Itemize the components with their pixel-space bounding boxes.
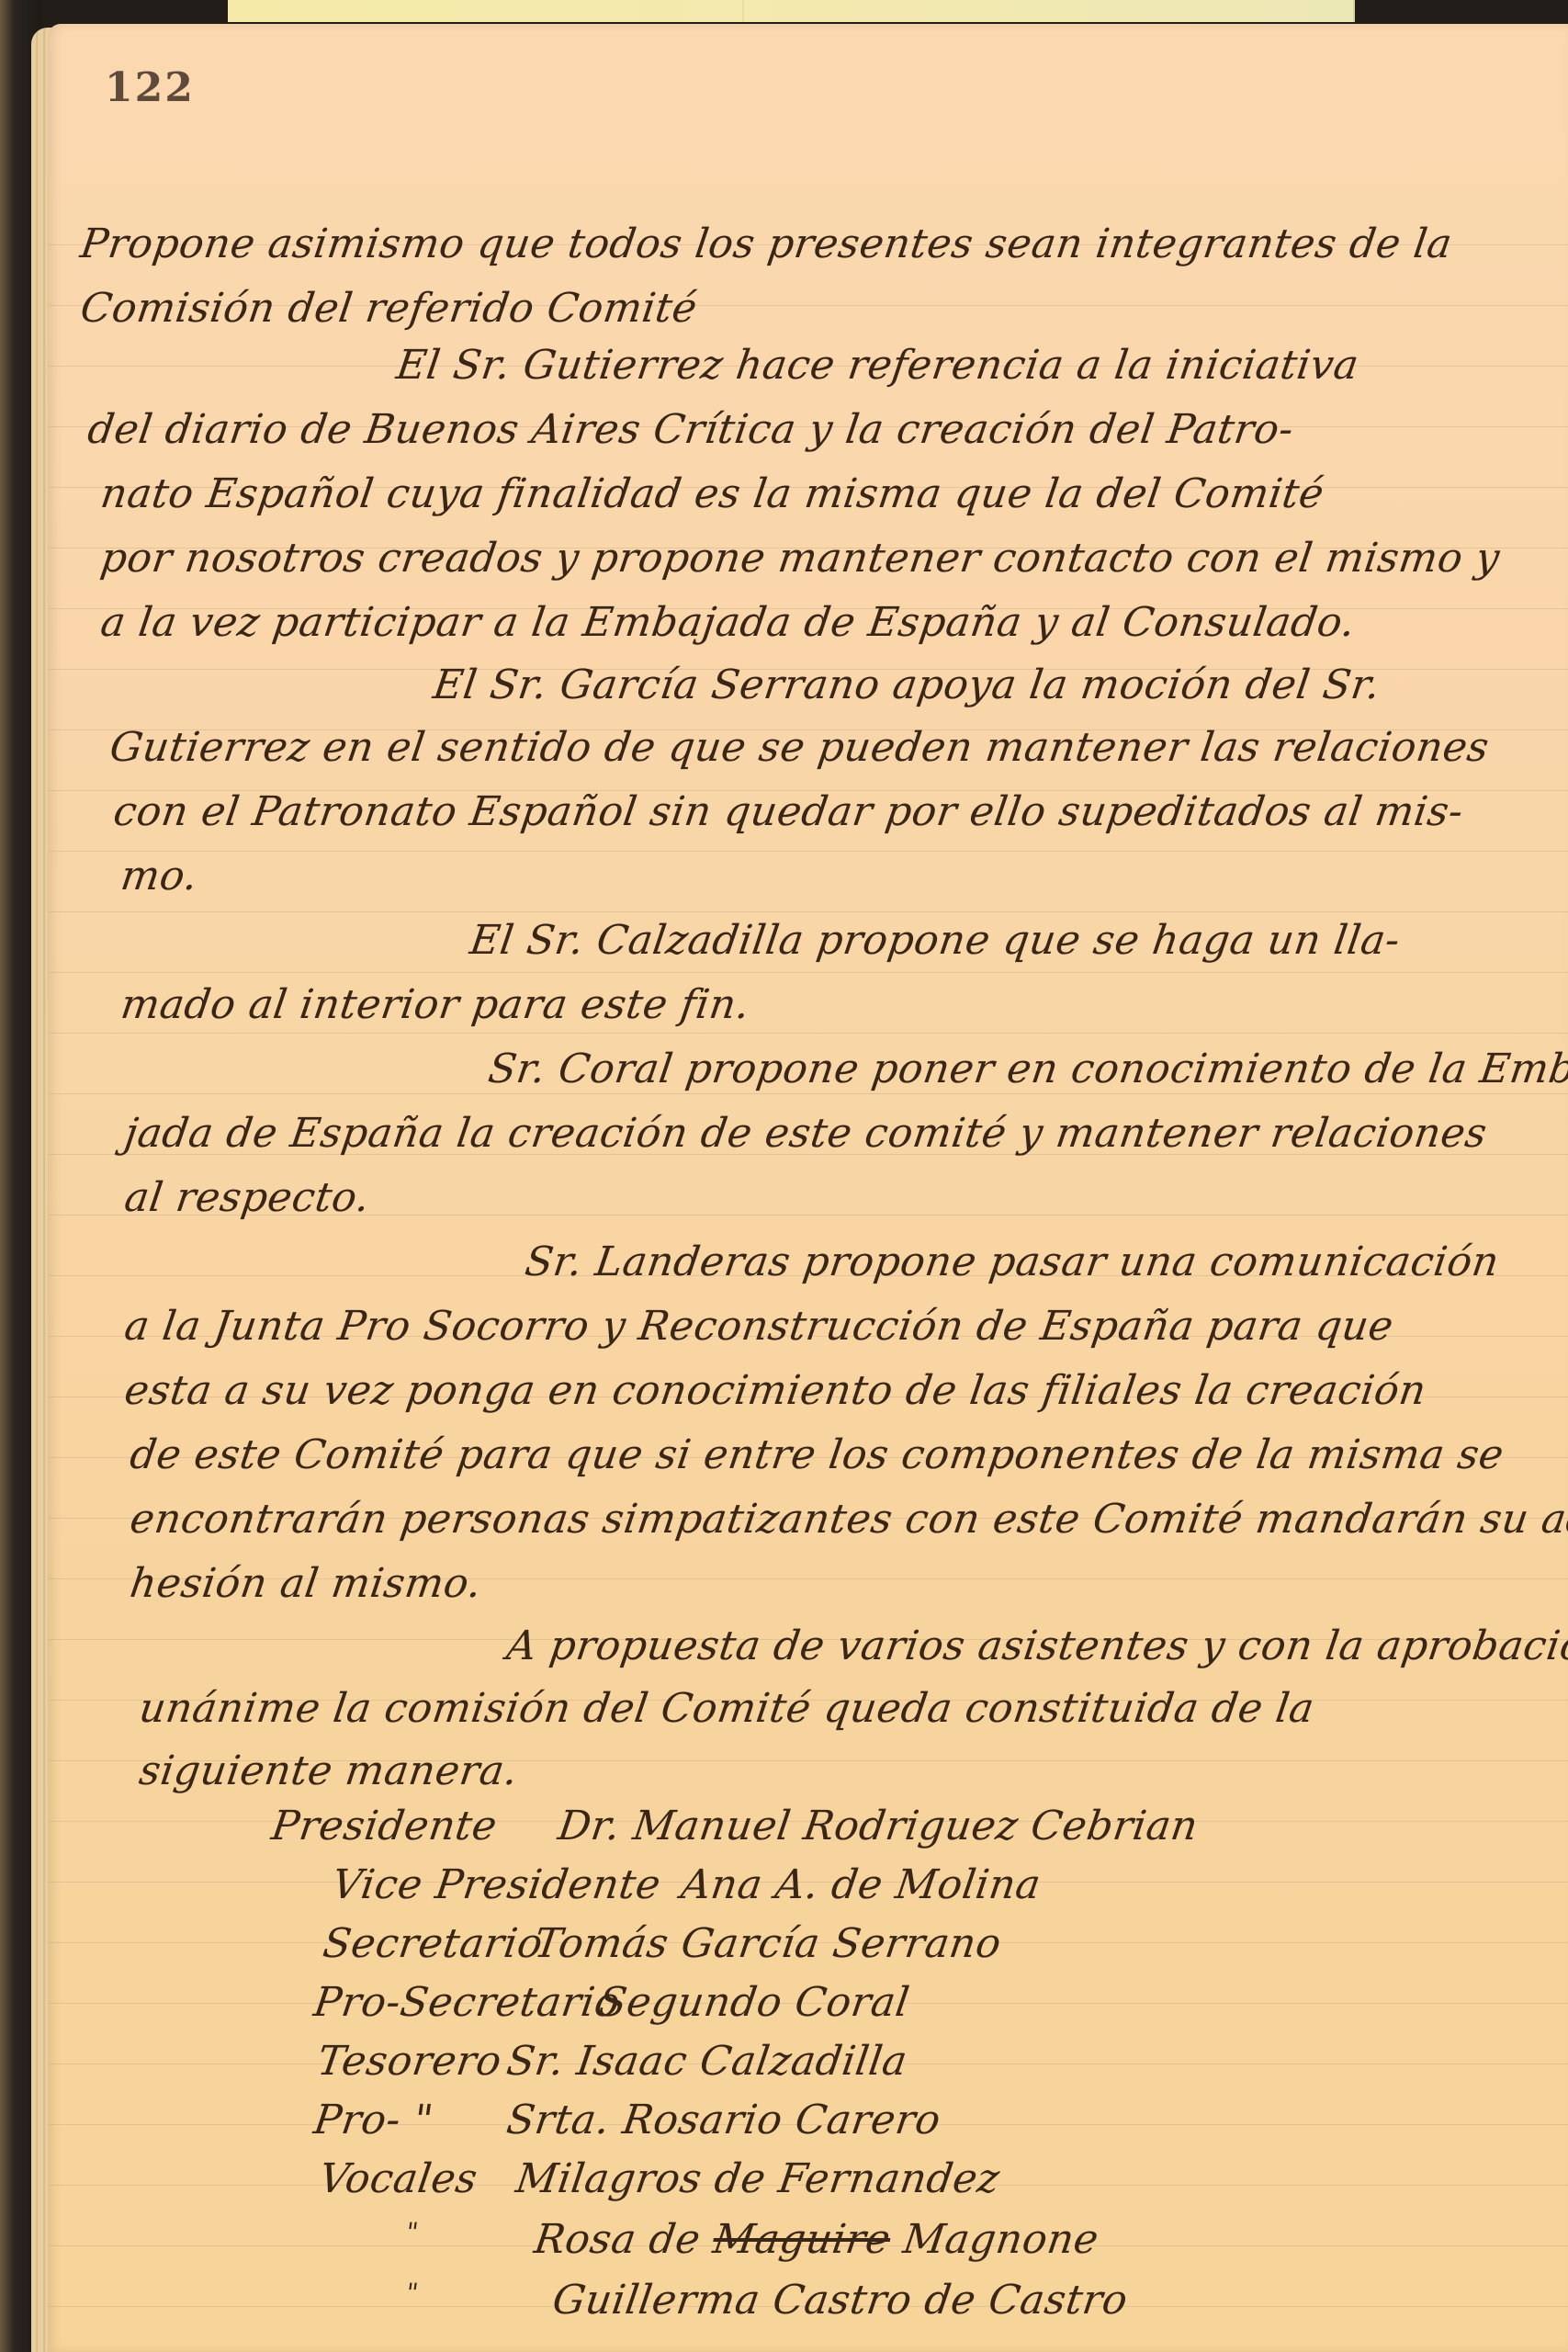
- committee-member: Ana A. de Molina: [679, 1865, 1043, 1905]
- committee-role: Presidente: [269, 1806, 500, 1847]
- handwritten-line: El Sr. Calzadilla propone que se haga un…: [468, 921, 1403, 961]
- handwritten-line: siguiente manera.: [137, 1751, 521, 1792]
- ruled-line: [48, 972, 1568, 973]
- committee-role: Vocales: [317, 2159, 479, 2199]
- sticky-note-crease: [742, 0, 744, 22]
- handwritten-line: nato Español cuya finalidad es la misma …: [98, 474, 1326, 514]
- handwritten-line: Sr. Landeras propone pasar una comunicac…: [523, 1242, 1502, 1283]
- committee-member: Guillerma Castro de Castro: [550, 2280, 1130, 2321]
- handwritten-line: mo.: [118, 856, 200, 897]
- handwritten-line: mado al interior para este fin.: [118, 985, 752, 1025]
- member-first-name: Rosa de: [531, 2216, 716, 2263]
- handwritten-line: Propone asimismo que todos los presentes…: [78, 224, 1455, 265]
- handwritten-line: Gutierrez en el sentido de que se pueden…: [107, 728, 1492, 768]
- handwritten-line: del diario de Buenos Aires Crítica y la …: [85, 410, 1296, 450]
- handwritten-line: por nosotros creados y propone mantener …: [98, 538, 1502, 579]
- handwritten-line: El Sr. García Serrano apoya la moción de…: [431, 665, 1382, 706]
- committee-member: Tomás García Serrano: [532, 1924, 1004, 1964]
- ruled-line: [48, 1033, 1568, 1034]
- handwritten-line: unánime la comisión del Comité queda con…: [137, 1689, 1317, 1729]
- ditto-mark: ": [404, 2220, 420, 2245]
- handwritten-line: con el Patronato Español sin quedar por …: [111, 792, 1466, 832]
- committee-member: Rosa de Maguire Magnone: [532, 2220, 1101, 2260]
- handwritten-line: A propuesta de varios asistentes y con l…: [504, 1626, 1568, 1667]
- committee-role: Pro- ": [311, 2100, 435, 2141]
- committee-member: Dr. Manuel Rodriguez Cebrian: [556, 1806, 1201, 1847]
- committee-role: Tesorero: [315, 2041, 504, 2082]
- committee-member: Sr. Isaac Calzadilla: [504, 2041, 910, 2082]
- committee-role: Vice Presidente: [330, 1865, 663, 1905]
- handwritten-line: hesión al mismo.: [128, 1564, 484, 1604]
- handwritten-line: El Sr. Gutierrez hace referencia a la in…: [394, 345, 1361, 386]
- member-surname: Magnone: [887, 2216, 1102, 2263]
- handwritten-line: de este Comité para que si entre los com…: [128, 1435, 1506, 1476]
- handwritten-line: Sr. Coral propone poner en conocimiento …: [486, 1049, 1568, 1090]
- ditto-mark: ": [404, 2280, 420, 2306]
- page-number: 122: [105, 64, 195, 111]
- sticky-note-tab: [228, 0, 1355, 22]
- handwritten-line: esta a su vez ponga en conocimiento de l…: [122, 1371, 1428, 1411]
- committee-member: Srta. Rosario Carero: [504, 2100, 943, 2141]
- committee-role: Pro-Secretario: [311, 1983, 623, 2023]
- committee-role: Secretario: [321, 1924, 546, 1964]
- handwritten-line: a la vez participar a la Embajada de Esp…: [98, 603, 1358, 643]
- handwritten-line: a la Junta Pro Socorro y Reconstrucción …: [122, 1306, 1396, 1347]
- ruled-line: [48, 911, 1568, 912]
- ruled-line: [48, 851, 1568, 852]
- handwritten-line: encontrarán personas simpatizantes con e…: [128, 1499, 1568, 1540]
- committee-member: Milagros de Fernandez: [513, 2159, 1002, 2199]
- handwritten-line: al respecto.: [122, 1178, 372, 1218]
- struck-surname: Maguire: [710, 2216, 894, 2263]
- committee-member: Segundo Coral: [596, 1983, 912, 2023]
- handwritten-line: jada de España la creación de este comit…: [122, 1114, 1490, 1154]
- handwritten-line: Comisión del referido Comité: [78, 288, 700, 329]
- ruled-line: [48, 1093, 1568, 1094]
- ledger-page: 122 Propone asimismo que todos los prese…: [48, 24, 1568, 2352]
